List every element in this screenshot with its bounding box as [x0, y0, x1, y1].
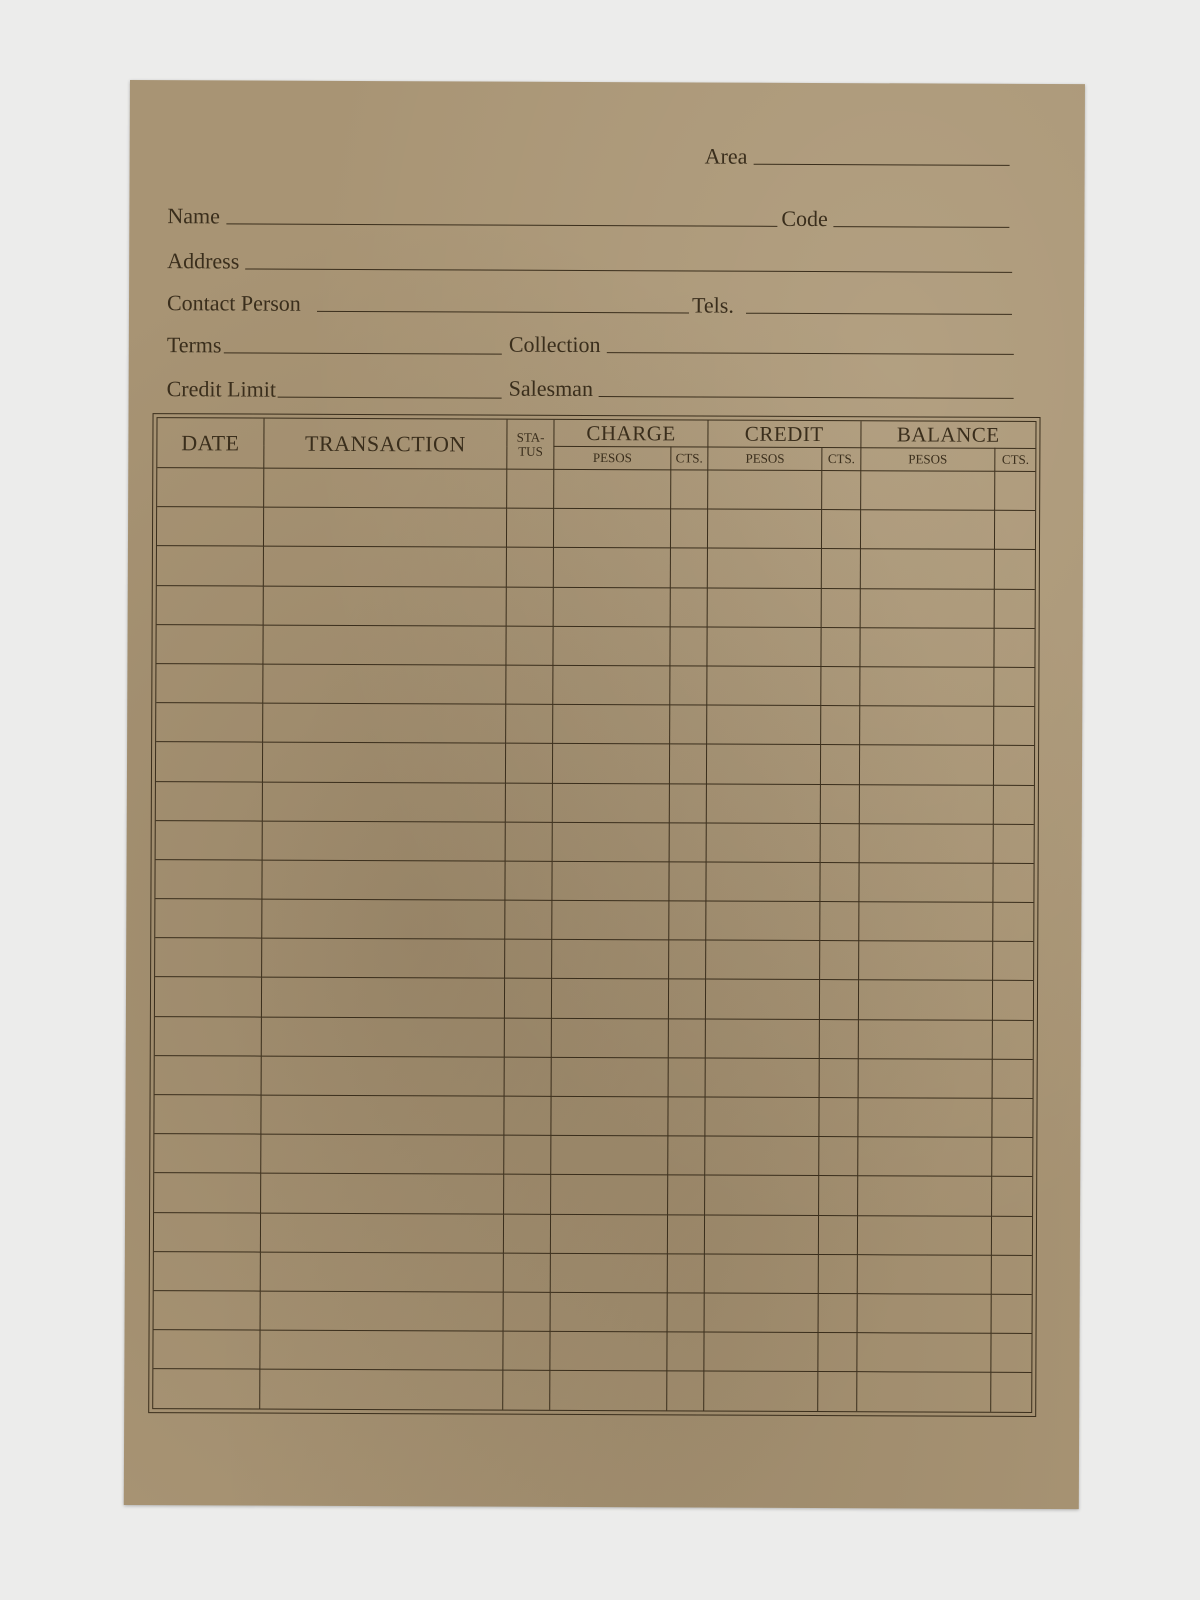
cell-transaction[interactable]: [260, 1213, 503, 1253]
collection-field: Collection: [509, 326, 1014, 358]
table-row: [153, 1369, 1031, 1412]
cell-transaction[interactable]: [262, 938, 505, 978]
terms-field: Terms: [167, 326, 502, 357]
cell-balance-cts[interactable]: [992, 1137, 1032, 1176]
table-row: [155, 859, 1033, 902]
cell-credit-pesos[interactable]: [704, 1215, 819, 1255]
collection-label: Collection: [509, 334, 607, 356]
cell-credit-cts[interactable]: [821, 823, 859, 862]
table-row: [155, 1016, 1033, 1059]
salesman-input[interactable]: [599, 396, 1014, 399]
table-row: [156, 820, 1034, 863]
cell-status[interactable]: [506, 665, 553, 704]
column-header-transaction: TRANSACTION: [264, 419, 507, 470]
table-row: [154, 1173, 1032, 1216]
cell-charge-cts[interactable]: [669, 862, 706, 901]
cell-status[interactable]: [504, 1135, 551, 1174]
cell-status[interactable]: [507, 469, 554, 508]
cell-status[interactable]: [505, 900, 552, 939]
cell-charge-pesos[interactable]: [553, 665, 670, 705]
cell-charge-cts[interactable]: [668, 1097, 705, 1136]
table-row: [154, 1212, 1032, 1255]
area-input[interactable]: [753, 164, 1009, 166]
cell-balance-cts[interactable]: [991, 1294, 1031, 1333]
terms-input[interactable]: [223, 352, 501, 354]
cell-balance-cts[interactable]: [994, 706, 1034, 745]
cell-credit-cts[interactable]: [820, 1019, 858, 1058]
cell-charge-pesos[interactable]: [552, 900, 669, 940]
credit-cts-header: CTS.: [822, 448, 860, 471]
cell-credit-pesos[interactable]: [704, 1332, 819, 1372]
cell-charge-pesos[interactable]: [551, 1096, 668, 1136]
ledger-card: Area Name Code Address Contact Person Te…: [124, 80, 1085, 1509]
cell-credit-cts[interactable]: [819, 1254, 857, 1293]
cell-balance-pesos[interactable]: [859, 706, 994, 746]
cell-credit-pesos[interactable]: [706, 784, 821, 824]
cell-balance-cts[interactable]: [992, 1059, 1032, 1098]
cell-date[interactable]: [153, 1369, 260, 1408]
charge-cts-header: CTS.: [671, 447, 708, 470]
cell-date[interactable]: [155, 1016, 262, 1056]
cell-credit-pesos[interactable]: [708, 470, 823, 510]
column-header-charge: CHARGE: [554, 420, 708, 447]
cell-status[interactable]: [505, 861, 552, 900]
table-row: [155, 977, 1033, 1020]
cell-status[interactable]: [506, 704, 553, 743]
credit-limit-input[interactable]: [278, 397, 502, 399]
cell-balance-pesos[interactable]: [859, 823, 994, 863]
cell-charge-cts[interactable]: [668, 979, 705, 1018]
cell-balance-cts[interactable]: [993, 824, 1033, 863]
cell-date[interactable]: [156, 742, 263, 782]
cell-credit-pesos[interactable]: [706, 940, 821, 980]
cell-date[interactable]: [155, 977, 262, 1017]
cell-transaction[interactable]: [263, 703, 506, 743]
cell-credit-cts[interactable]: [819, 1215, 857, 1254]
credit-limit-label: Credit Limit: [167, 378, 278, 400]
name-input[interactable]: [226, 223, 777, 226]
contact-person-label: Contact Person: [167, 292, 317, 315]
cell-charge-cts[interactable]: [669, 744, 706, 783]
cell-date[interactable]: [156, 820, 263, 860]
cell-balance-pesos[interactable]: [860, 588, 995, 628]
cell-credit-pesos[interactable]: [704, 1371, 819, 1410]
address-label: Address: [167, 250, 245, 272]
cell-transaction[interactable]: [261, 1134, 504, 1174]
cell-transaction[interactable]: [262, 742, 505, 782]
table-row: [156, 703, 1034, 746]
cell-charge-cts[interactable]: [667, 1214, 704, 1253]
cell-status[interactable]: [503, 1331, 550, 1370]
table-row: [154, 1251, 1032, 1294]
cell-transaction[interactable]: [264, 468, 507, 508]
cell-credit-cts[interactable]: [820, 941, 858, 980]
cell-transaction[interactable]: [260, 1252, 503, 1292]
cell-balance-pesos[interactable]: [859, 863, 994, 903]
area-label: Area: [705, 146, 754, 168]
cell-status[interactable]: [504, 1096, 551, 1135]
salesman-label: Salesman: [509, 378, 599, 400]
cell-charge-cts[interactable]: [670, 627, 707, 666]
cell-charge-cts[interactable]: [668, 1018, 705, 1057]
cell-charge-pesos[interactable]: [552, 979, 669, 1019]
table-row: [157, 546, 1035, 589]
cell-balance-cts[interactable]: [995, 471, 1035, 510]
cell-charge-pesos[interactable]: [551, 1136, 668, 1176]
cell-credit-cts[interactable]: [819, 1098, 857, 1137]
cell-balance-cts[interactable]: [991, 1373, 1031, 1412]
cell-balance-pesos[interactable]: [857, 1176, 992, 1216]
table-row: [156, 624, 1034, 667]
cell-status[interactable]: [505, 783, 552, 822]
cell-date[interactable]: [156, 781, 263, 821]
cell-status[interactable]: [506, 743, 553, 782]
cell-charge-pesos[interactable]: [553, 783, 670, 823]
table-row: [156, 664, 1034, 707]
status-header-line1: STA-: [507, 430, 553, 444]
cell-credit-pesos[interactable]: [706, 823, 821, 863]
cell-charge-pesos[interactable]: [553, 587, 670, 627]
cell-balance-pesos[interactable]: [858, 1098, 993, 1138]
charge-pesos-header: PESOS: [554, 446, 671, 470]
cell-credit-cts[interactable]: [820, 902, 858, 941]
cell-transaction[interactable]: [262, 899, 505, 939]
cell-balance-pesos[interactable]: [857, 1137, 992, 1177]
cell-transaction[interactable]: [263, 586, 506, 626]
ledger-table: DATE TRANSACTION STA- TUS CHARGE CREDIT …: [153, 418, 1035, 1411]
cell-credit-pesos[interactable]: [707, 627, 822, 667]
cell-credit-cts[interactable]: [819, 1137, 857, 1176]
cell-date[interactable]: [155, 899, 262, 939]
cell-credit-cts[interactable]: [822, 471, 860, 510]
column-header-date: DATE: [157, 418, 264, 468]
cell-date[interactable]: [156, 624, 263, 664]
balance-pesos-header: PESOS: [860, 448, 995, 472]
cell-credit-cts[interactable]: [818, 1372, 856, 1411]
cell-credit-cts[interactable]: [821, 666, 859, 705]
cell-credit-pesos[interactable]: [707, 705, 822, 745]
cell-credit-pesos[interactable]: [705, 1136, 820, 1176]
cell-transaction[interactable]: [261, 978, 504, 1018]
cell-credit-pesos[interactable]: [706, 744, 821, 784]
cell-transaction[interactable]: [263, 664, 506, 704]
cell-date[interactable]: [154, 1212, 261, 1252]
name-label: Name: [167, 205, 226, 227]
cell-charge-pesos[interactable]: [552, 861, 669, 901]
cell-charge-cts[interactable]: [667, 1175, 704, 1214]
cell-charge-cts[interactable]: [669, 823, 706, 862]
cell-balance-pesos[interactable]: [860, 510, 995, 550]
cell-date[interactable]: [154, 1134, 261, 1174]
cell-date[interactable]: [155, 859, 262, 899]
cell-status[interactable]: [503, 1214, 550, 1253]
cell-balance-cts[interactable]: [993, 902, 1033, 941]
cell-status[interactable]: [506, 587, 553, 626]
table-row: [153, 1330, 1031, 1373]
cell-credit-pesos[interactable]: [704, 1175, 819, 1215]
cell-status[interactable]: [506, 548, 553, 587]
cell-charge-cts[interactable]: [670, 509, 707, 548]
cell-credit-cts[interactable]: [822, 549, 860, 588]
tels-label: Tels.: [692, 294, 746, 316]
cell-charge-pesos[interactable]: [553, 704, 670, 744]
cell-status[interactable]: [505, 939, 552, 978]
salesman-field: Salesman: [509, 370, 1014, 402]
cell-date[interactable]: [157, 585, 264, 625]
cell-transaction[interactable]: [263, 625, 506, 665]
cell-charge-cts[interactable]: [668, 1136, 705, 1175]
cell-status[interactable]: [507, 508, 554, 547]
cell-transaction[interactable]: [261, 1056, 504, 1096]
cell-transaction[interactable]: [261, 1173, 504, 1213]
cell-balance-pesos[interactable]: [858, 902, 993, 942]
cell-credit-pesos[interactable]: [707, 666, 822, 706]
cell-credit-cts[interactable]: [821, 627, 859, 666]
cell-status[interactable]: [503, 1370, 550, 1409]
cell-balance-pesos[interactable]: [860, 549, 995, 589]
cell-credit-cts[interactable]: [820, 862, 858, 901]
cell-balance-cts[interactable]: [994, 746, 1034, 785]
cell-credit-pesos[interactable]: [707, 588, 822, 628]
cell-balance-pesos[interactable]: [859, 784, 994, 824]
cell-charge-cts[interactable]: [667, 1293, 704, 1332]
cell-charge-pesos[interactable]: [554, 548, 671, 588]
cell-balance-pesos[interactable]: [858, 1058, 993, 1098]
cell-status[interactable]: [503, 1292, 550, 1331]
table-row: [157, 585, 1035, 628]
cell-credit-pesos[interactable]: [706, 862, 821, 902]
cell-transaction[interactable]: [260, 1369, 503, 1409]
column-header-balance: BALANCE: [861, 421, 1036, 448]
cell-status[interactable]: [504, 1175, 551, 1214]
cell-credit-cts[interactable]: [820, 980, 858, 1019]
cell-charge-pesos[interactable]: [552, 1018, 669, 1058]
cell-balance-pesos[interactable]: [858, 941, 993, 981]
cell-charge-cts[interactable]: [669, 783, 706, 822]
cell-transaction[interactable]: [260, 1291, 503, 1331]
cell-balance-cts[interactable]: [993, 863, 1033, 902]
cell-balance-cts[interactable]: [992, 1177, 1032, 1216]
cell-balance-cts[interactable]: [991, 1333, 1031, 1372]
cell-transaction[interactable]: [262, 782, 505, 822]
cell-date[interactable]: [153, 1330, 260, 1370]
cell-credit-pesos[interactable]: [705, 979, 820, 1019]
cell-balance-cts[interactable]: [992, 1216, 1032, 1255]
cell-charge-pesos[interactable]: [552, 822, 669, 862]
cell-charge-cts[interactable]: [670, 548, 707, 587]
cell-status[interactable]: [504, 979, 551, 1018]
table-row: [157, 507, 1035, 550]
cell-charge-cts[interactable]: [668, 1058, 705, 1097]
contact-person-input[interactable]: [317, 311, 689, 314]
cell-balance-pesos[interactable]: [857, 1294, 992, 1334]
balance-cts-header: CTS.: [995, 448, 1035, 471]
cell-balance-pesos[interactable]: [858, 980, 993, 1020]
cell-date[interactable]: [154, 1095, 261, 1135]
cell-credit-cts[interactable]: [820, 1058, 858, 1097]
cell-balance-pesos[interactable]: [859, 667, 994, 707]
table-row: [154, 1134, 1032, 1177]
cell-date[interactable]: [156, 664, 263, 704]
table-row: [155, 938, 1033, 981]
table-row: [155, 899, 1033, 942]
cell-balance-pesos[interactable]: [856, 1372, 991, 1411]
cell-status[interactable]: [504, 1018, 551, 1057]
cell-balance-pesos[interactable]: [860, 627, 995, 667]
cell-balance-cts[interactable]: [992, 1098, 1032, 1137]
cell-charge-pesos[interactable]: [554, 469, 671, 509]
cell-charge-cts[interactable]: [668, 940, 705, 979]
cell-credit-pesos[interactable]: [706, 901, 821, 941]
cell-status[interactable]: [505, 822, 552, 861]
cell-credit-cts[interactable]: [821, 784, 859, 823]
cell-balance-cts[interactable]: [995, 510, 1035, 549]
cell-credit-pesos[interactable]: [704, 1293, 819, 1333]
cell-transaction[interactable]: [263, 507, 506, 547]
cell-charge-pesos[interactable]: [551, 1175, 668, 1215]
cell-charge-pesos[interactable]: [550, 1371, 667, 1410]
column-header-status: STA- TUS: [507, 420, 554, 470]
cell-status[interactable]: [504, 1057, 551, 1096]
cell-balance-cts[interactable]: [993, 981, 1033, 1020]
cell-balance-cts[interactable]: [993, 785, 1033, 824]
cell-balance-pesos[interactable]: [860, 471, 995, 511]
cell-charge-pesos[interactable]: [550, 1292, 667, 1332]
cell-transaction[interactable]: [261, 1017, 504, 1057]
code-label: Code: [781, 208, 834, 230]
cell-status[interactable]: [503, 1253, 550, 1292]
cell-charge-cts[interactable]: [670, 470, 707, 509]
credit-limit-field: Credit Limit: [167, 370, 502, 401]
cell-date[interactable]: [155, 1055, 262, 1095]
cell-charge-cts[interactable]: [666, 1371, 703, 1410]
cell-credit-cts[interactable]: [818, 1293, 856, 1332]
cell-credit-pesos[interactable]: [705, 1019, 820, 1059]
contact-person-field: Contact Person: [167, 284, 689, 316]
cell-charge-cts[interactable]: [670, 587, 707, 626]
cell-credit-cts[interactable]: [822, 510, 860, 549]
cell-balance-cts[interactable]: [995, 550, 1035, 589]
cell-transaction[interactable]: [261, 1095, 504, 1135]
cell-transaction[interactable]: [263, 546, 506, 586]
cell-charge-pesos[interactable]: [553, 744, 670, 784]
cell-balance-pesos[interactable]: [857, 1333, 992, 1373]
table-row: [156, 781, 1034, 824]
cell-charge-cts[interactable]: [667, 1254, 704, 1293]
cell-credit-cts[interactable]: [821, 706, 859, 745]
cell-charge-pesos[interactable]: [553, 626, 670, 666]
cell-credit-cts[interactable]: [819, 1176, 857, 1215]
cell-credit-cts[interactable]: [818, 1333, 856, 1372]
cell-charge-cts[interactable]: [667, 1332, 704, 1371]
cell-credit-cts[interactable]: [821, 745, 859, 784]
cell-balance-pesos[interactable]: [858, 1019, 993, 1059]
cell-date[interactable]: [155, 938, 262, 978]
terms-label: Terms: [167, 334, 224, 356]
cell-transaction[interactable]: [262, 860, 505, 900]
cell-charge-pesos[interactable]: [550, 1253, 667, 1293]
cell-transaction[interactable]: [262, 821, 505, 861]
tels-input[interactable]: [746, 313, 1012, 315]
ledger-table-frame: DATE TRANSACTION STA- TUS CHARGE CREDIT …: [148, 413, 1040, 1417]
cell-charge-pesos[interactable]: [551, 1057, 668, 1097]
ledger-body: [153, 468, 1035, 1412]
collection-input[interactable]: [606, 352, 1013, 355]
cell-balance-cts[interactable]: [994, 628, 1034, 667]
cell-balance-pesos[interactable]: [857, 1254, 992, 1294]
table-row: [154, 1291, 1032, 1334]
cell-credit-pesos[interactable]: [707, 509, 822, 549]
cell-date[interactable]: [154, 1173, 261, 1213]
cell-date[interactable]: [157, 468, 264, 508]
cell-status[interactable]: [506, 626, 553, 665]
cell-charge-cts[interactable]: [670, 666, 707, 705]
cell-charge-cts[interactable]: [669, 901, 706, 940]
cell-charge-cts[interactable]: [669, 705, 706, 744]
cell-credit-pesos[interactable]: [707, 548, 822, 588]
cell-credit-pesos[interactable]: [704, 1254, 819, 1294]
area-field: Area: [705, 138, 1010, 169]
cell-charge-pesos[interactable]: [550, 1331, 667, 1371]
cell-credit-pesos[interactable]: [705, 1097, 820, 1137]
cell-balance-cts[interactable]: [993, 942, 1033, 981]
cell-date[interactable]: [154, 1291, 261, 1331]
cell-credit-cts[interactable]: [822, 588, 860, 627]
cell-date[interactable]: [154, 1251, 261, 1291]
cell-charge-pesos[interactable]: [551, 1214, 668, 1254]
credit-pesos-header: PESOS: [708, 447, 823, 470]
cell-balance-cts[interactable]: [994, 589, 1034, 628]
code-field: Code: [781, 200, 1009, 231]
status-header-line2: TUS: [507, 444, 553, 458]
cell-balance-pesos[interactable]: [857, 1215, 992, 1255]
table-row: [154, 1095, 1032, 1138]
table-row: [157, 468, 1035, 511]
cell-transaction[interactable]: [260, 1330, 503, 1370]
table-row: [155, 1055, 1033, 1098]
cell-date[interactable]: [157, 507, 264, 547]
cell-balance-cts[interactable]: [992, 1020, 1032, 1059]
cell-credit-pesos[interactable]: [705, 1058, 820, 1098]
name-field: Name: [167, 197, 777, 230]
column-header-credit: CREDIT: [708, 421, 861, 448]
cell-charge-pesos[interactable]: [554, 509, 671, 549]
table-row: [156, 742, 1034, 785]
cell-charge-pesos[interactable]: [552, 940, 669, 980]
cell-date[interactable]: [157, 546, 264, 586]
tels-field: Tels.: [692, 286, 1012, 317]
address-input[interactable]: [245, 269, 1012, 273]
code-input[interactable]: [834, 226, 1010, 228]
cell-balance-cts[interactable]: [991, 1255, 1031, 1294]
cell-date[interactable]: [156, 703, 263, 743]
address-field: Address: [167, 242, 1012, 276]
cell-balance-cts[interactable]: [994, 667, 1034, 706]
cell-balance-pesos[interactable]: [859, 745, 994, 785]
